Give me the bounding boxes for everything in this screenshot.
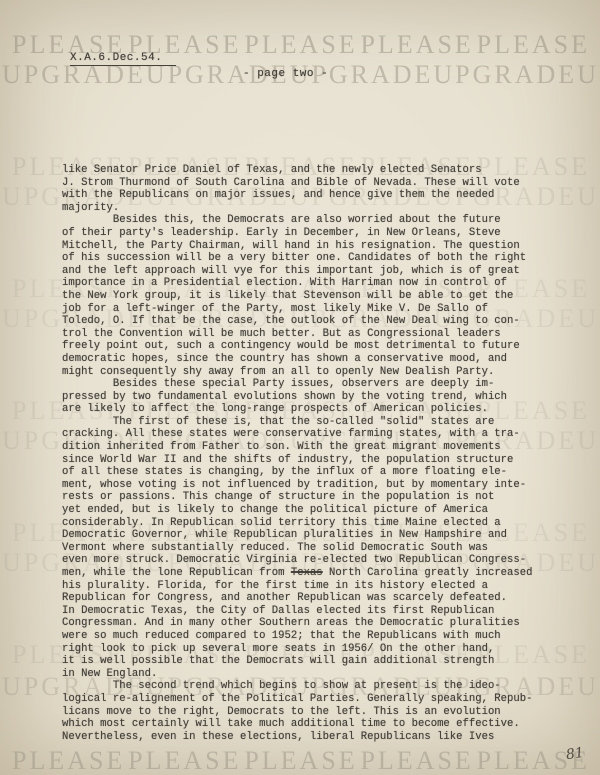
text-line: Besides these special Party issues, obse… — [62, 378, 562, 391]
text-line: like Senator Price Daniel of Texas, and … — [62, 164, 562, 177]
text-line: the New York group, it is likely that St… — [62, 290, 562, 303]
watermark-word: PLEASE — [244, 746, 357, 775]
text-line: Republican for Congress, and another Rep… — [62, 592, 562, 605]
text-line: are likely to affect the long-range pros… — [62, 403, 562, 416]
text-line: logical re-alignement of the Political P… — [62, 693, 562, 706]
text-line: right look to pick up several more seats… — [62, 643, 562, 656]
text-line: were so much reduced compared to 1952; t… — [62, 630, 562, 643]
watermark-word: UPGRADE — [577, 672, 600, 702]
watermark-word: PLEASE — [360, 746, 473, 775]
watermark-word: PLEASE — [12, 746, 125, 775]
watermark-word: UPGRADE — [577, 426, 600, 456]
watermark-word: UPGRADE — [577, 304, 600, 334]
text-segment: men, while the lone Republican from — [62, 567, 291, 579]
watermark-row-please: PLEASEPLEASEPLEASEPLEASEPLEASE — [0, 746, 600, 775]
struck-word: Texas — [291, 567, 323, 579]
text-line: and the left approach will vye for this … — [62, 265, 562, 278]
handwritten-page-number: 81 — [565, 745, 585, 763]
text-line: cracking. All these states were conserva… — [62, 428, 562, 441]
text-line: of their party's leadership. Early in De… — [62, 227, 562, 240]
text-line: Nevertheless, even in these elections, l… — [62, 731, 562, 744]
text-line: democratic hopes, since the country has … — [62, 353, 562, 366]
document-reference: X.A.6.Dec.54. — [70, 52, 176, 66]
text-line: Vermont where substantially reduced. The… — [62, 542, 562, 555]
text-line: of his succession will be a very bitter … — [62, 252, 562, 265]
text-line: trol the Convention will be much better.… — [62, 328, 562, 341]
text-line: rests or passions. This change of struct… — [62, 491, 562, 504]
watermark-word: PLEASE — [477, 30, 590, 60]
text-line: Democratic Governor, while Republican pl… — [62, 529, 562, 542]
text-line: The first of these is, that the so-calle… — [62, 416, 562, 429]
text-line: with the Republicans on major issues, an… — [62, 189, 562, 202]
text-line: J. Strom Thurmond of South Carolina and … — [62, 177, 562, 190]
body-text: like Senator Price Daniel of Texas, and … — [62, 164, 562, 743]
text-line: of all these states is changing, by the … — [62, 466, 562, 479]
text-line: job for a left-winger of the Party, most… — [62, 303, 562, 316]
text-line: In Democratic Texas, the City of Dallas … — [62, 605, 562, 618]
text-line: Toledo, O. If that be the case, the outl… — [62, 315, 562, 328]
text-line: Mitchell, the Party Chairman, will hand … — [62, 240, 562, 253]
text-line: Besides this, the Democrats are also wor… — [62, 214, 562, 227]
text-line: importance in a Presidential election. W… — [62, 277, 562, 290]
text-line: since World War II and the shifts of ind… — [62, 454, 562, 467]
text-line: even more struck. Democratic Virginia re… — [62, 554, 562, 567]
page-label: - page two - — [243, 68, 328, 80]
text-line: men, while the lone Republican from Texa… — [62, 567, 562, 580]
text-segment: North Carolina greatly increased — [323, 567, 533, 579]
text-line: it is well possible that the Democrats w… — [62, 655, 562, 668]
text-line: majority. — [62, 202, 562, 215]
text-line: yet ended, but is likely to change the p… — [62, 504, 562, 517]
text-line: dition inherited from Father to son. Wit… — [62, 441, 562, 454]
watermark-word: PLEASE — [244, 30, 357, 60]
watermark-word: UPGRADE — [577, 60, 600, 90]
text-line: which most certainly will take much addi… — [62, 718, 562, 731]
watermark-word: PLEASE — [360, 30, 473, 60]
text-line: licans move to the right, Democrats to t… — [62, 706, 562, 719]
text-line: might consequently shy away from an all … — [62, 366, 562, 379]
text-line: The second trend which begins to show at… — [62, 680, 562, 693]
text-line: in New England. — [62, 668, 562, 681]
scanned-document-page: PLEASEPLEASEPLEASEPLEASEPLEASEUPGRADEUPG… — [0, 0, 600, 775]
text-line: freely point out, such a contingency wou… — [62, 340, 562, 353]
text-line: his plurality. Florida, for the first ti… — [62, 580, 562, 593]
watermark-word: PLEASE — [128, 746, 241, 775]
watermark-word: UPGRADE — [433, 60, 577, 90]
text-line: ment, whose voting is not influenced by … — [62, 479, 562, 492]
text-line: pressed by two fundamental evolutions sh… — [62, 391, 562, 404]
watermark-word: UPGRADE — [577, 182, 600, 212]
text-line: Congressman. And in many other Southern … — [62, 617, 562, 630]
text-line: considerably. In Republican solid territ… — [62, 517, 562, 530]
watermark-word: UPGRADE — [577, 548, 600, 578]
